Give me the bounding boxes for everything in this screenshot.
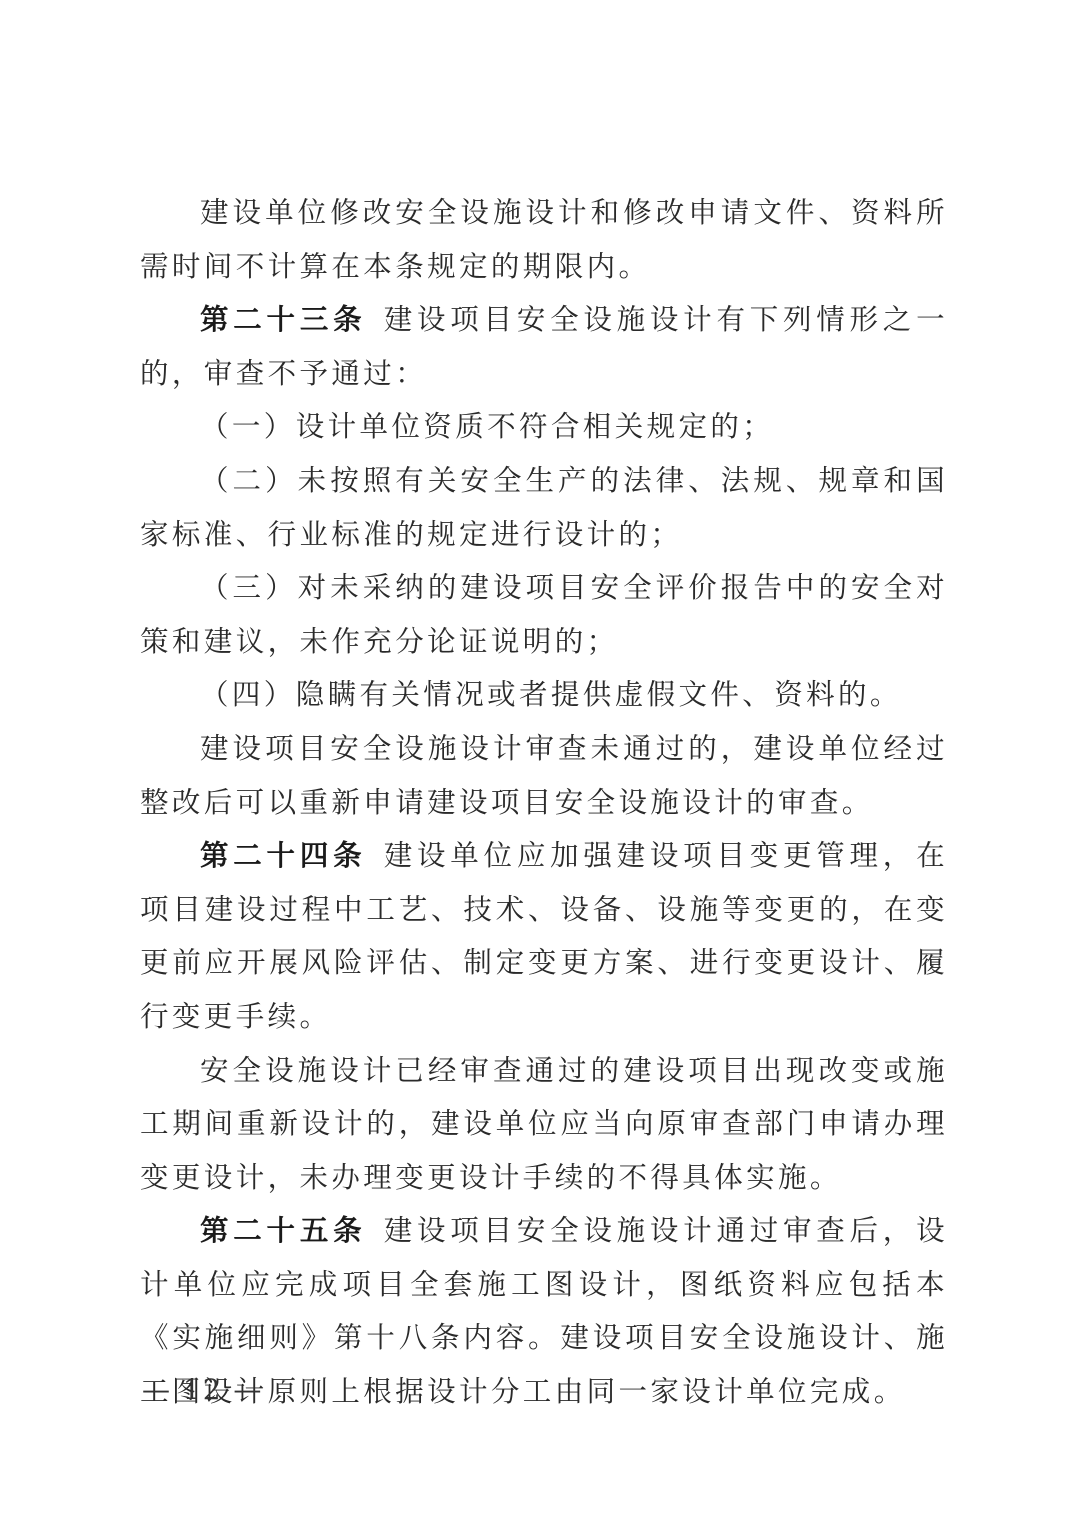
list-item-4: （四）隐瞒有关情况或者提供虚假文件、资料的。 <box>140 668 948 722</box>
article-title: 第二十四条 <box>200 839 366 872</box>
paragraph-text: （四）隐瞒有关情况或者提供虚假文件、资料的。 <box>200 678 902 711</box>
article-title: 第二十三条 <box>200 303 366 336</box>
paragraph-text: 安全设施设计已经审查通过的建设项目出现改变或施工期间重新设计的，建设单位应当向原… <box>140 1054 948 1194</box>
paragraph-text: 建设单位修改安全设施设计和修改申请文件、资料所需时间不计算在本条规定的期限内。 <box>140 196 948 283</box>
list-item-1: （一）设计单位资质不符合相关规定的； <box>140 400 948 454</box>
paragraph-text: （一）设计单位资质不符合相关规定的； <box>200 410 774 443</box>
document-page: 建设单位修改安全设施设计和修改申请文件、资料所需时间不计算在本条规定的期限内。 … <box>140 186 948 1419</box>
paragraph-text: 建设项目安全设施设计审查未通过的，建设单位经过整改后可以重新申请建设项目安全设施… <box>140 732 948 819</box>
article-title: 第二十五条 <box>200 1214 366 1247</box>
paragraph-resubmission: 建设项目安全设施设计审查未通过的，建设单位经过整改后可以重新申请建设项目安全设施… <box>140 722 948 829</box>
paragraph-text: （二）未按照有关安全生产的法律、法规、规章和国家标准、行业标准的规定进行设计的； <box>140 464 948 551</box>
article-23: 第二十三条建设项目安全设施设计有下列情形之一的，审查不予通过： <box>140 293 948 400</box>
page-number: — 12 — <box>142 1373 263 1406</box>
paragraph-modification-time: 建设单位修改安全设施设计和修改申请文件、资料所需时间不计算在本条规定的期限内。 <box>140 186 948 293</box>
list-item-3: （三）对未采纳的建设项目安全评价报告中的安全对策和建议，未作充分论证说明的； <box>140 561 948 668</box>
paragraph-design-change: 安全设施设计已经审查通过的建设项目出现改变或施工期间重新设计的，建设单位应当向原… <box>140 1044 948 1205</box>
article-24: 第二十四条建设单位应加强建设项目变更管理，在项目建设过程中工艺、技术、设备、设施… <box>140 829 948 1043</box>
list-item-2: （二）未按照有关安全生产的法律、法规、规章和国家标准、行业标准的规定进行设计的； <box>140 454 948 561</box>
paragraph-text: （三）对未采纳的建设项目安全评价报告中的安全对策和建议，未作充分论证说明的； <box>140 571 948 658</box>
